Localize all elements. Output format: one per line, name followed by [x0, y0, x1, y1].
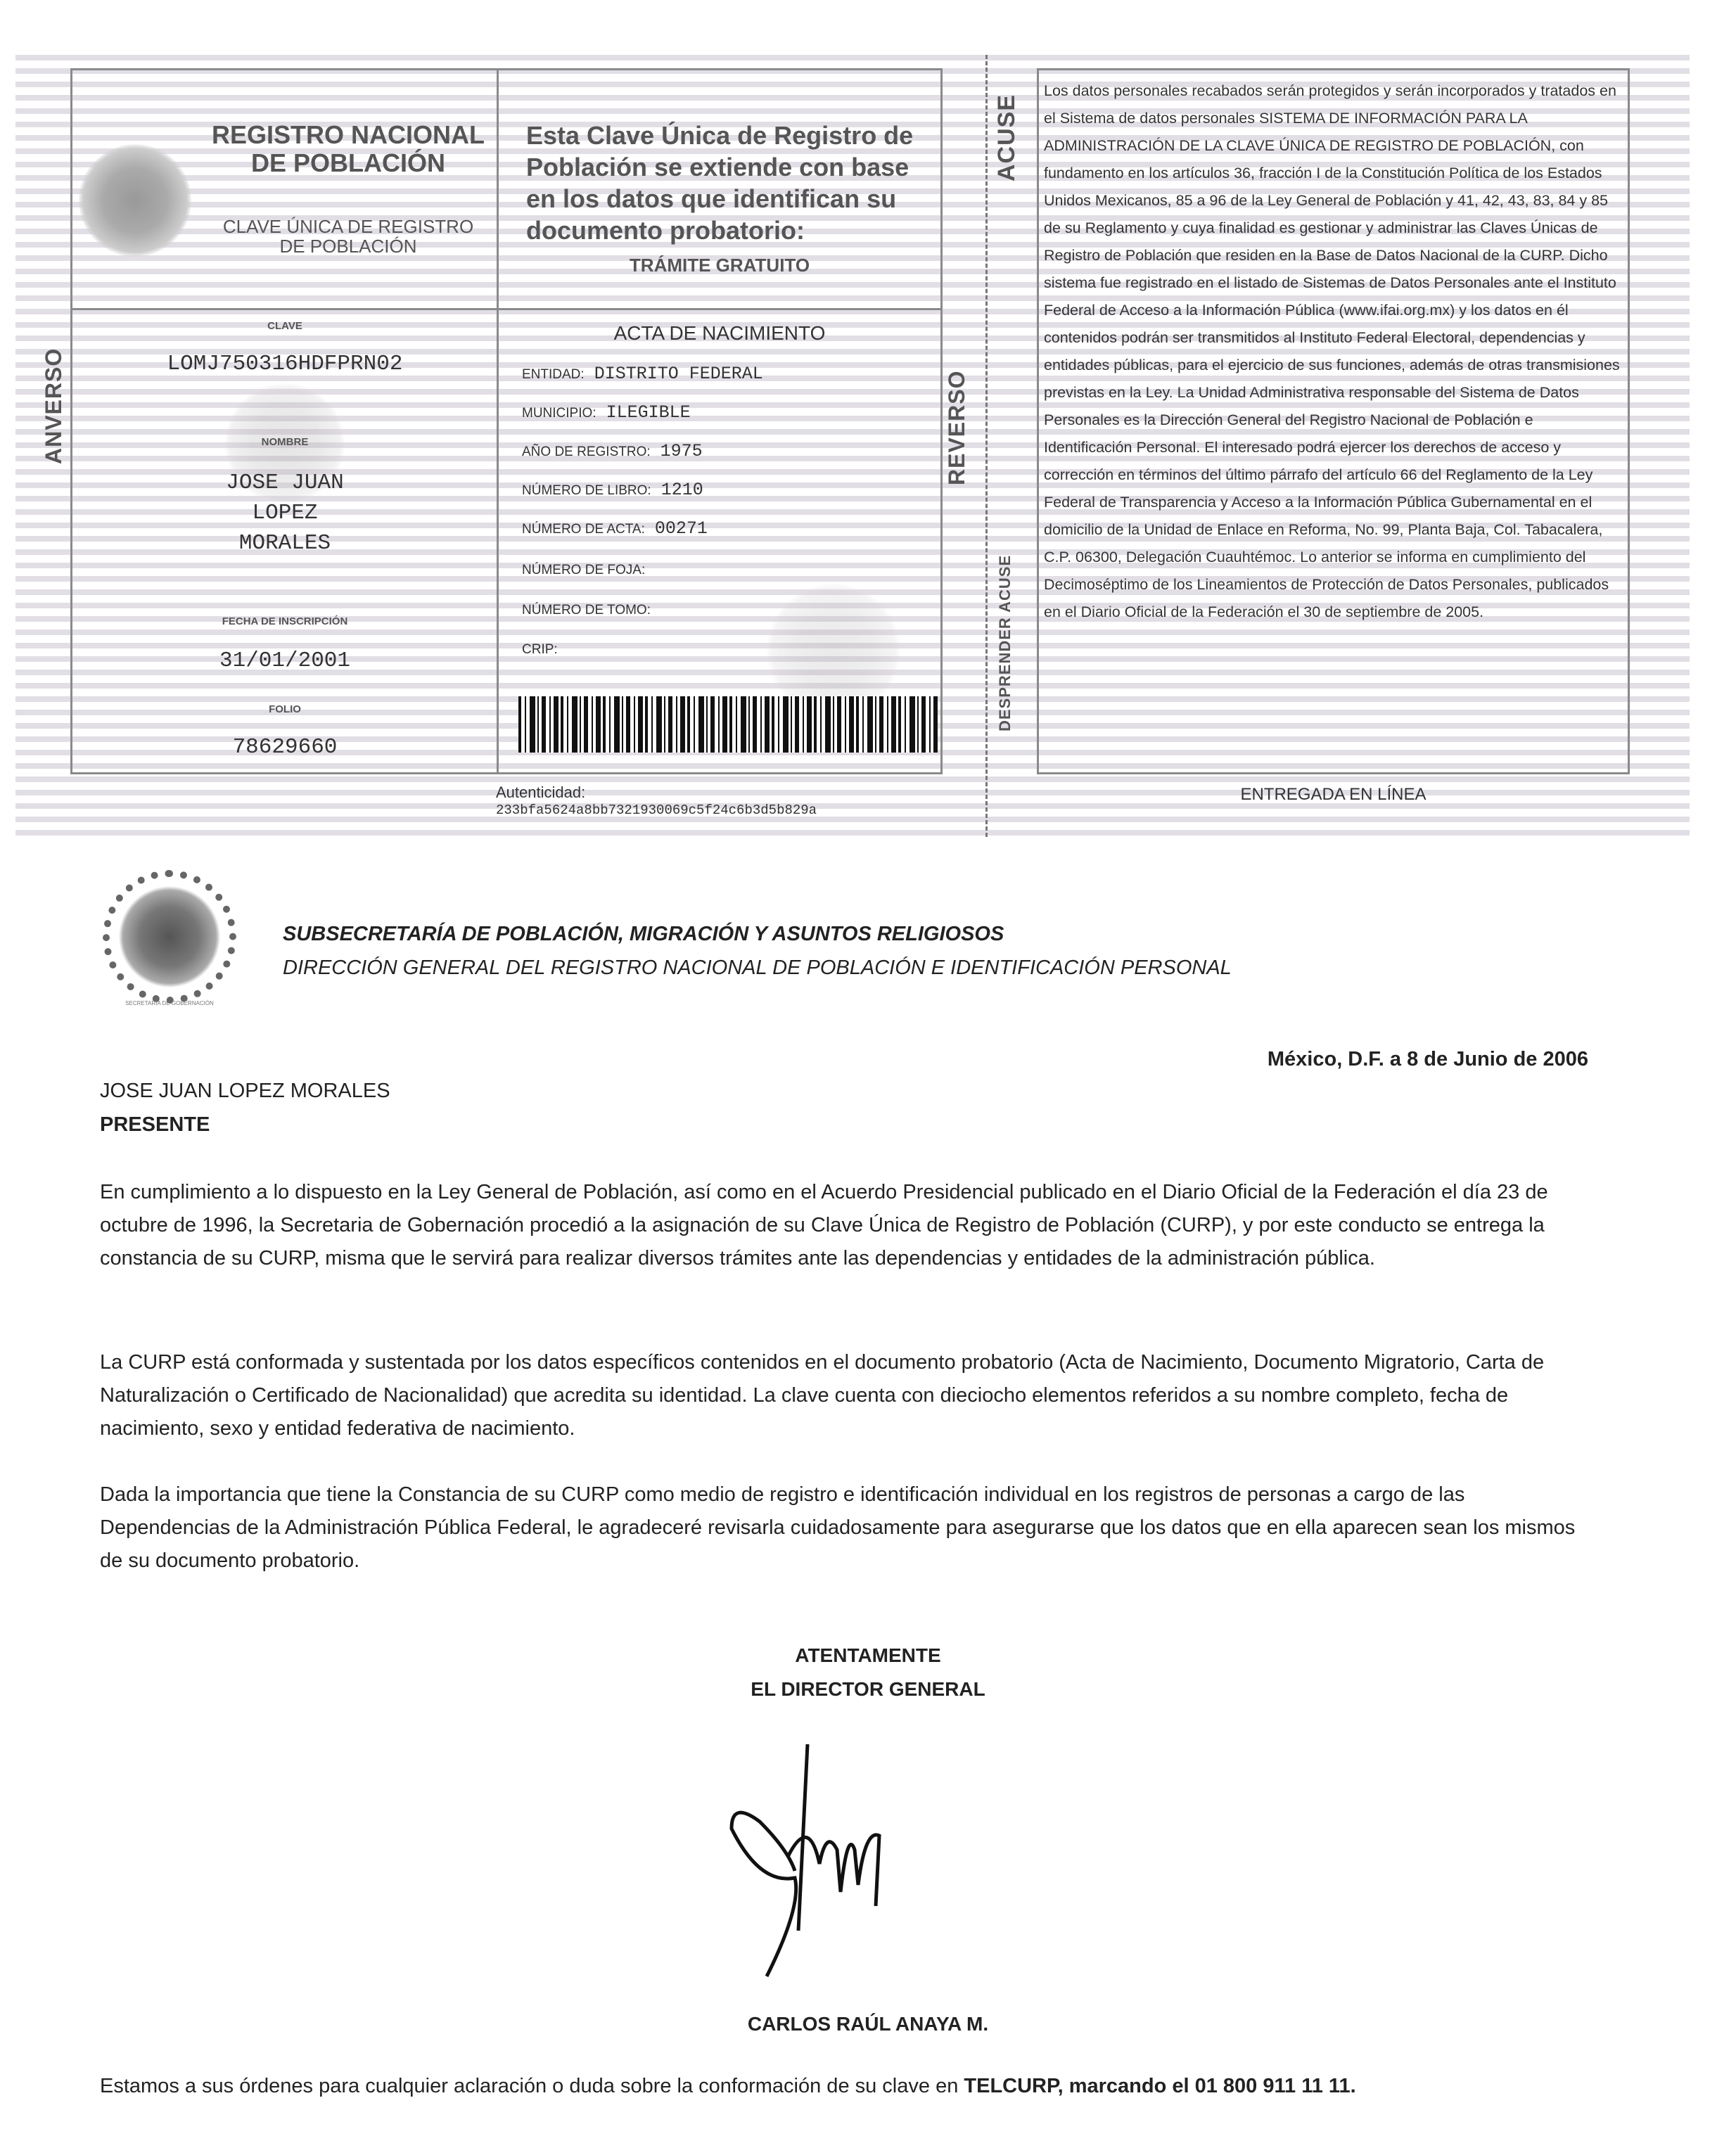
- entregada-en-linea: ENTREGADA EN LÍNEA: [1037, 785, 1630, 805]
- clave-label: CLAVE: [75, 320, 495, 332]
- nombre-value: JOSE JUAN LOPEZ MORALES: [75, 468, 495, 558]
- letter-paragraph-3: Dada la importancia que tiene la Constan…: [100, 1478, 1598, 1578]
- direccion-general-heading: DIRECCIÓN GENERAL DEL REGISTRO NACIONAL …: [283, 957, 1232, 980]
- subsecretaria-heading: SUBSECRETARÍA DE POBLACIÓN, MIGRACIÓN Y …: [283, 923, 1004, 946]
- documento-title: ACTA DE NACIMIENTO: [501, 322, 938, 345]
- acuse-label: ACUSE: [993, 94, 1021, 181]
- card-column-divider: [497, 68, 499, 774]
- field-numero-libro: NÚMERO DE LIBRO:1210: [522, 480, 703, 500]
- fecha-inscripcion-label: FECHA DE INSCRIPCIÓN: [75, 615, 495, 627]
- telcurp-phone: TELCURP, marcando el 01 800 911 11 11.: [964, 2075, 1355, 2097]
- seal-caption: SECRETARÍA DE GOBERNACIÓN: [91, 1000, 248, 1006]
- nombre-line: JOSE JUAN: [75, 468, 495, 498]
- mexico-coat-of-arms-icon: [79, 144, 191, 257]
- anverso-label: ANVERSO: [41, 348, 67, 464]
- closing-atentamente: ATENTAMENTE: [0, 1644, 1736, 1667]
- letter-paragraph-1: En cumplimiento a lo dispuesto en la Ley…: [100, 1176, 1598, 1275]
- card-row-divider: [70, 308, 943, 310]
- presente-label: PRESENTE: [100, 1113, 210, 1137]
- tramite-gratuito: TRÁMITE GRATUITO: [501, 255, 938, 276]
- secretaria-gobernacion-seal-icon: [103, 870, 236, 1004]
- reverso-label: REVERSO: [944, 371, 970, 485]
- closing-director-general: EL DIRECTOR GENERAL: [0, 1678, 1736, 1701]
- field-ano-registro: AÑO DE REGISTRO:1975: [522, 441, 703, 461]
- field-numero-tomo: NÚMERO DE TOMO:: [522, 599, 660, 620]
- autenticidad-hash: 233bfa5624a8bb7321930069c5f24c6b3d5b829a: [496, 802, 817, 818]
- cut-line: [985, 55, 988, 837]
- letter-date: México, D.F. a 8 de Junio de 2006: [1268, 1048, 1588, 1071]
- recipient-name: JOSE JUAN LOPEZ MORALES: [100, 1080, 390, 1103]
- curp-subtitle: CLAVE ÚNICA DE REGISTRO DE POBLACIÓN: [204, 217, 492, 256]
- folio-label: FOLIO: [75, 703, 495, 715]
- field-municipio: MUNICIPIO:ILEGIBLE: [522, 402, 691, 423]
- curp-barcode: [518, 696, 938, 753]
- nombre-label: NOMBRE: [75, 436, 495, 448]
- field-entidad: ENTIDAD:DISTRITO FEDERAL: [522, 364, 763, 384]
- field-numero-foja: NÚMERO DE FOJA:: [522, 559, 655, 580]
- nombre-line: LOPEZ: [75, 498, 495, 528]
- subtitle-line-2: DE POBLACIÓN: [204, 236, 492, 256]
- title-line-1: REGISTRO NACIONAL: [204, 121, 492, 149]
- letter-paragraph-2: La CURP está conformada y sustentada por…: [100, 1346, 1598, 1445]
- signer-name: CARLOS RAÚL ANAYA M.: [0, 2013, 1736, 2035]
- footer-text: Estamos a sus órdenes para cualquier acl…: [100, 2075, 964, 2097]
- clave-value: LOMJ750316HDFPRN02: [75, 352, 495, 376]
- telcurp-footer: Estamos a sus órdenes para cualquier acl…: [100, 2075, 1356, 2098]
- desprender-acuse-label: DESPRENDER ACUSE: [996, 555, 1014, 731]
- fecha-inscripcion-value: 31/01/2001: [75, 648, 495, 673]
- registro-nacional-title: REGISTRO NACIONAL DE POBLACIÓN: [204, 121, 492, 177]
- subtitle-line-1: CLAVE ÚNICA DE REGISTRO: [204, 217, 492, 236]
- autenticidad-label: Autenticidad:: [496, 784, 585, 802]
- field-crip: CRIP:: [522, 639, 568, 659]
- privacy-notice-text: Los datos personales recabados serán pro…: [1044, 77, 1621, 626]
- director-signature: [703, 1730, 999, 1997]
- title-line-2: DE POBLACIÓN: [204, 149, 492, 177]
- nombre-line: MORALES: [75, 528, 495, 558]
- field-numero-acta: NÚMERO DE ACTA:00271: [522, 518, 708, 539]
- notice-text: Esta Clave Única de Registro de Població…: [526, 120, 927, 246]
- folio-value: 78629660: [75, 735, 495, 760]
